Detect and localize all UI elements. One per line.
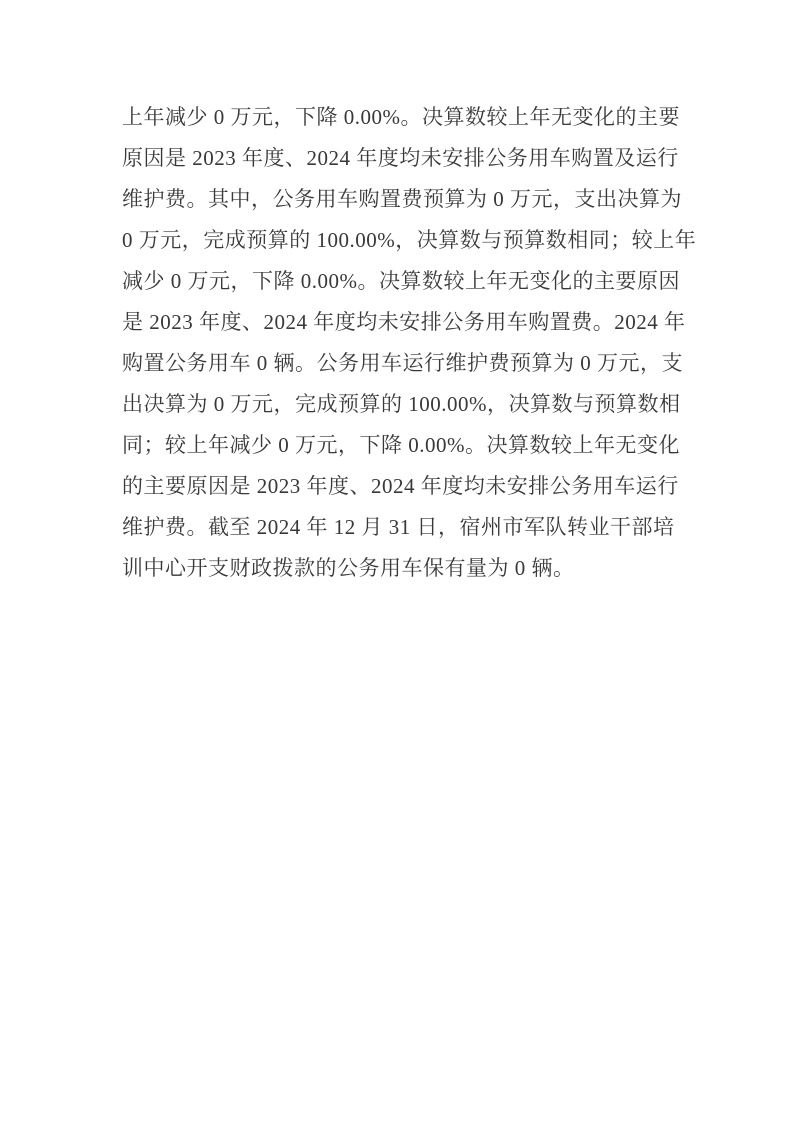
body-paragraph: 上年减少 0 万元，下降 0.00%。决算数较上年无变化的主要 原因是 2023… — [122, 97, 673, 589]
paragraph-line: 是 2023 年度、2024 年度均未安排公务用车购置费。2024 年 — [122, 302, 673, 343]
paragraph-line: 同；较上年减少 0 万元，下降 0.00%。决算数较上年无变化 — [122, 425, 673, 466]
paragraph-line: 维护费。其中，公务用车购置费预算为 0 万元，支出决算为 — [122, 179, 673, 220]
paragraph-line: 原因是 2023 年度、2024 年度均未安排公务用车购置及运行 — [122, 138, 673, 179]
paragraph-line: 出决算为 0 万元，完成预算的 100.00%，决算数与预算数相 — [122, 384, 673, 425]
paragraph-line: 减少 0 万元，下降 0.00%。决算数较上年无变化的主要原因 — [122, 261, 673, 302]
paragraph-line: 上年减少 0 万元，下降 0.00%。决算数较上年无变化的主要 — [122, 97, 673, 138]
paragraph-line: 的主要原因是 2023 年度、2024 年度均未安排公务用车运行 — [122, 466, 673, 507]
paragraph-line: 维护费。截至 2024 年 12 月 31 日，宿州市军队转业干部培 — [122, 507, 673, 548]
document-page: 上年减少 0 万元，下降 0.00%。决算数较上年无变化的主要 原因是 2023… — [0, 0, 793, 1122]
paragraph-line: 0 万元，完成预算的 100.00%，决算数与预算数相同；较上年 — [122, 220, 673, 261]
paragraph-line: 购置公务用车 0 辆。公务用车运行维护费预算为 0 万元，支 — [122, 343, 673, 384]
paragraph-line: 训中心开支财政拨款的公务用车保有量为 0 辆。 — [122, 548, 673, 589]
